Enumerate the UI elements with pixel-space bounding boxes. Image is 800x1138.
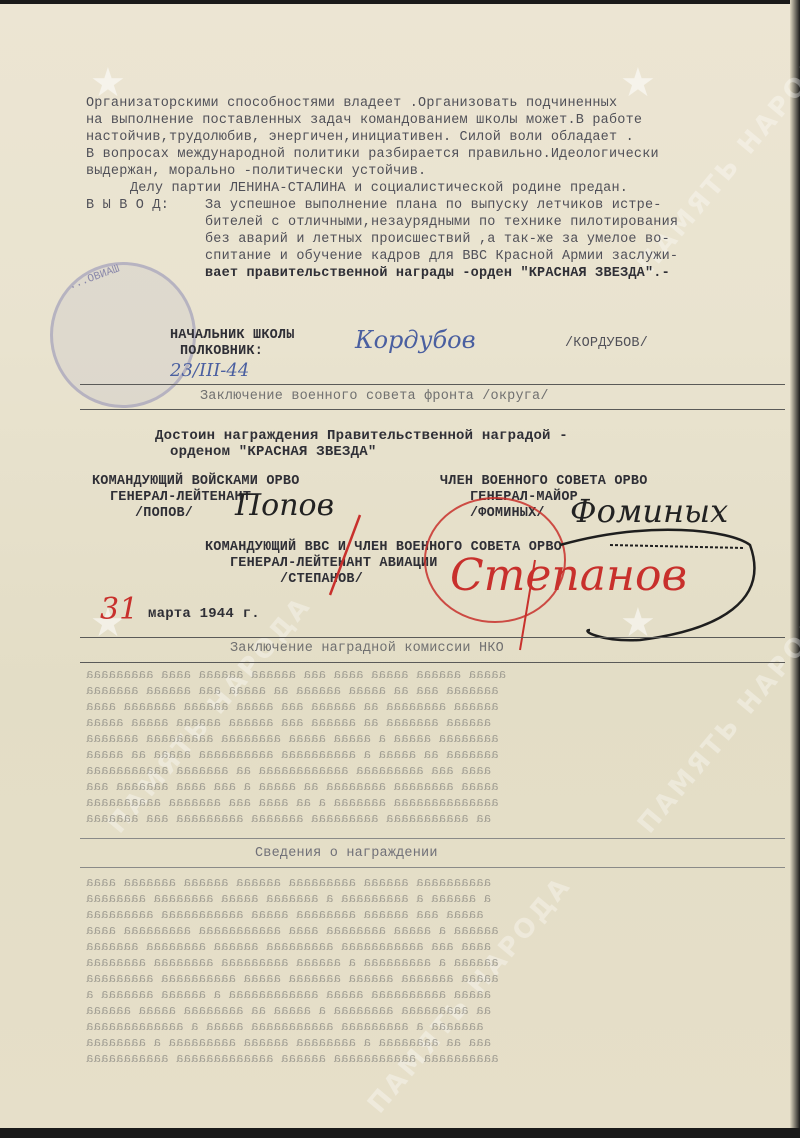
date-day-handwritten: 31 <box>100 592 138 627</box>
divider <box>80 662 785 663</box>
bleed-heading: Сведения о награждении <box>255 846 438 861</box>
date-month-year: марта 1944 г. <box>148 606 260 622</box>
section-award-commission: Заключение наградной комиссии НКО <box>230 641 504 656</box>
divider <box>80 637 785 638</box>
bleed-divider <box>80 867 785 868</box>
archival-document-page: ★ ★ ★ ★ ПАМЯТЬ НАРОДА ПАМЯТЬ НАРОДА ПАМЯ… <box>0 0 800 1138</box>
bleed-divider <box>80 838 785 839</box>
